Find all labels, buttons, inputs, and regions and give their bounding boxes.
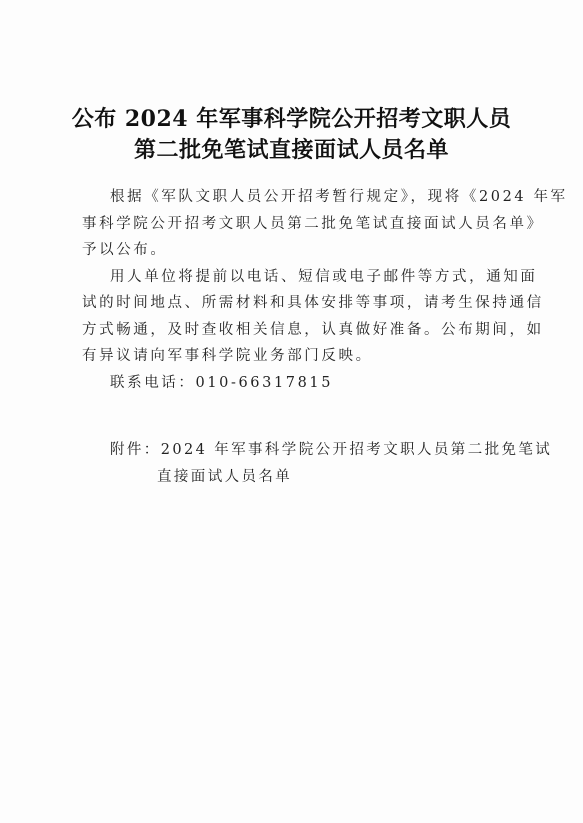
attachment-line: 直接面试人员名单	[110, 464, 510, 491]
text-line: 方式畅通，及时查收相关信息，认真做好准备。公布期间，如	[82, 317, 502, 344]
paragraph-announcement: 根据《军队文职人员公开招考暂行规定》，现将《2024 年军 事科学院公开招考文职…	[82, 184, 502, 264]
text-line: 试的时间地点、所需材料和具体安排等事项，请考生保持通信	[82, 290, 502, 317]
text-line: 根据《军队文职人员公开招考暂行规定》，现将《2024 年军	[82, 184, 502, 211]
text-line: 予以公布。	[82, 237, 502, 264]
title-line-1: 公布 2024 年军事科学院公开招考文职人员	[0, 104, 583, 135]
text-line: 用人单位将提前以电话、短信或电子邮件等方式，通知面	[82, 264, 502, 291]
document-title: 公布 2024 年军事科学院公开招考文职人员 第二批免笔试直接面试人员名单	[0, 104, 583, 166]
contact-phone: 联系电话：010-66317815	[82, 370, 502, 397]
paragraph-notice: 用人单位将提前以电话、短信或电子邮件等方式，通知面 试的时间地点、所需材料和具体…	[82, 264, 502, 370]
paragraph-contact: 联系电话：010-66317815	[82, 370, 502, 397]
title-line-2: 第二批免笔试直接面试人员名单	[0, 135, 583, 166]
text-line: 事科学院公开招考文职人员第二批免笔试直接面试人员名单》	[82, 211, 502, 238]
text-line: 有异议请向军事科学院业务部门反映。	[82, 343, 502, 370]
document-body: 根据《军队文职人员公开招考暂行规定》，现将《2024 年军 事科学院公开招考文职…	[82, 184, 502, 396]
document-page: 公布 2024 年军事科学院公开招考文职人员 第二批免笔试直接面试人员名单 根据…	[0, 0, 583, 823]
attachment-line: 附件：2024 年军事科学院公开招考文职人员第二批免笔试	[110, 437, 510, 464]
attachment-note: 附件：2024 年军事科学院公开招考文职人员第二批免笔试 直接面试人员名单	[110, 437, 510, 490]
